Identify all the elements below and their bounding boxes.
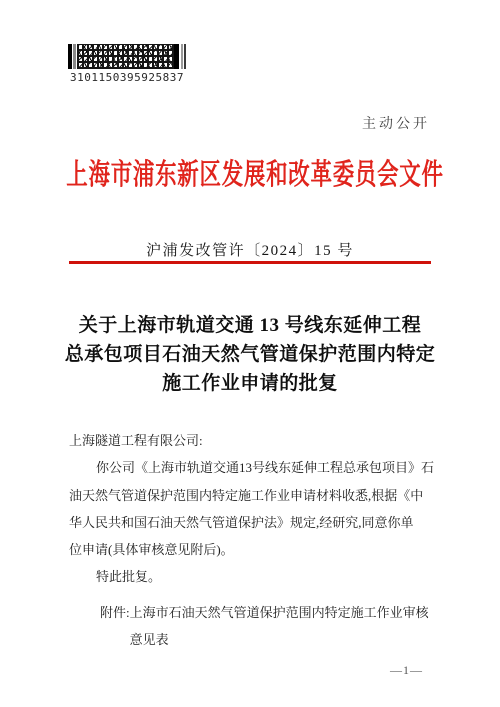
document-title-line-2: 总承包项目石油天然气管道保护范围内特定 [0,340,500,369]
body-paragraph-line-4: 位申请(具体审核意见附后)。 [69,536,435,563]
document-number: 沪浦发改管许〔2024〕15 号 [0,239,500,260]
issuing-authority-title: 上海市浦东新区发展和改革委员会文件 [66,152,443,193]
attachment-title-line-1: 上海市石油天然气管道保护范围内特定施工作业审核 [130,605,429,620]
body-paragraph-line-1: 你公司《上海市轨道交通13号线东延伸工程总承包项目》石 [69,454,435,481]
official-document-page: 3101150395925837 主动公开 上海市浦东新区发展和改革委员会文件 … [0,0,500,707]
document-title: 关于上海市轨道交通 13 号线东延伸工程 总承包项目石油天然气管道保护范围内特定… [0,311,500,398]
barcode-number: 3101150395925837 [68,71,186,84]
document-title-line-1: 关于上海市轨道交通 13 号线东延伸工程 [0,311,500,340]
disclosure-label: 主动公开 [362,113,430,133]
salutation: 上海隧道工程有限公司: [69,427,435,454]
attachment-note: 附件: 上海市石油天然气管道保护范围内特定施工作业审核 意见表 [100,599,429,654]
barcode-image [68,44,186,69]
document-title-line-3: 施工作业申请的批复 [0,369,500,398]
closing-line: 特此批复。 [69,563,435,590]
barcode-data-modules [77,44,174,69]
body-paragraph-line-2: 油天然气管道保护范围内特定施工作业申请材料收悉,根据《中 [69,482,435,509]
attachment-label: 附件: [100,599,130,626]
body-paragraph-line-3: 华人民共和国石油天然气管道保护法》规定,经研究,同意你单 [69,509,435,536]
attachment-title: 上海市石油天然气管道保护范围内特定施工作业审核 意见表 [130,599,429,654]
attachment-title-line-2: 意见表 [130,632,169,647]
page-number: —1— [390,663,423,678]
document-body: 上海隧道工程有限公司: 你公司《上海市轨道交通13号线东延伸工程总承包项目》石 … [69,427,435,591]
barcode: 3101150395925837 [68,44,186,84]
red-divider-rule [69,261,431,264]
issuing-authority-header: 上海市浦东新区发展和改革委员会文件 [0,152,500,193]
